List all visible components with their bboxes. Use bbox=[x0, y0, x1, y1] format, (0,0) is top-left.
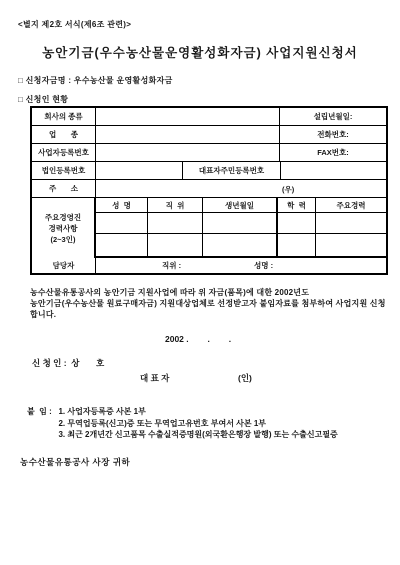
applicant-info-table: 회사의 종류 설립년월일: 업 종 전화번호: 사업자등록번호 FAX번호: 법… bbox=[30, 106, 388, 275]
ceo-resident-no-label: 대표자주민등록번호 bbox=[183, 162, 281, 179]
exec-career-header: 주요경력 bbox=[316, 198, 386, 212]
executives-data-row bbox=[96, 234, 386, 258]
executives-grid: 성 명 직 위 생년월일 학 력 주요경력 bbox=[96, 198, 386, 258]
postal-code-prefix: (우) bbox=[282, 184, 294, 195]
business-type-label: 업 종 bbox=[32, 126, 96, 143]
company-type-label: 회사의 종류 bbox=[32, 108, 96, 125]
manager-label: 담당자 bbox=[32, 258, 96, 273]
attachments-section: 붙 임 : 1. 사업자등록증 사본 1부 2. 무역업등록(신고)증 또는 무… bbox=[27, 406, 338, 441]
representative-label: 대 표 자 bbox=[140, 372, 169, 384]
manager-position-label: 직위 : bbox=[162, 260, 181, 271]
fund-name-line: □ 신청자금명 : 우수농산물 운영활성화자금 bbox=[18, 75, 173, 86]
business-reg-no-label: 사업자등록번호 bbox=[32, 144, 96, 161]
table-row: 업 종 전화번호: bbox=[32, 126, 386, 144]
exec-birthdate-header: 생년월일 bbox=[203, 198, 278, 212]
address-label: 주 소 bbox=[32, 180, 96, 197]
executives-header-row: 성 명 직 위 생년월일 학 력 주요경력 bbox=[96, 198, 386, 213]
exec-education-header: 학 력 bbox=[278, 198, 316, 212]
table-row: 회사의 종류 설립년월일: bbox=[32, 108, 386, 126]
executives-data-row bbox=[96, 213, 386, 234]
exec-name-field bbox=[96, 213, 148, 233]
statement-line-2: 농안기금(우수농산물 원료구매자금) 지원대상업체로 선정받고자 붙임자료를 첨… bbox=[30, 298, 388, 320]
business-type-field bbox=[96, 126, 280, 143]
attachment-item: 2. 무역업등록(신고)증 또는 무역업고유번호 부여서 사본 1부 bbox=[58, 418, 337, 430]
corp-reg-no-label: 법인등록번호 bbox=[32, 162, 96, 179]
founded-date-label: 설립년월일: bbox=[280, 108, 386, 125]
fax-label: FAX번호: bbox=[280, 144, 386, 161]
manager-row: 담당자 직위 : 성명 : bbox=[32, 258, 386, 273]
exec-education-field bbox=[278, 213, 316, 233]
form-reference-note: <별지 제2호 서식(제6조 관련)> bbox=[18, 19, 131, 30]
exec-name-header: 성 명 bbox=[96, 198, 148, 212]
recipient-line: 농수산물유통공사 사장 귀하 bbox=[20, 456, 130, 468]
table-row: 법인등록번호 대표자주민등록번호 bbox=[32, 162, 386, 180]
exec-position-header: 직 위 bbox=[148, 198, 203, 212]
exec-birthdate-field bbox=[203, 234, 278, 256]
business-reg-no-field bbox=[96, 144, 280, 161]
seal-mark: (인) bbox=[238, 372, 252, 384]
corp-reg-no-field bbox=[96, 162, 183, 179]
phone-label: 전화번호: bbox=[280, 126, 386, 143]
table-row: 주 소 (우) bbox=[32, 180, 386, 198]
company-type-field bbox=[96, 108, 280, 125]
manager-field: 직위 : 성명 : bbox=[96, 258, 386, 273]
attachment-item: 3. 최근 2개년간 신고품목 수출실적증명원(외국환은행장 발행) 또는 수출… bbox=[58, 429, 337, 441]
manager-name-label: 성명 : bbox=[254, 260, 273, 271]
statement-line-1: 농수산물유통공사의 농안기금 지원사업에 따라 위 자금(품목)에 대한 200… bbox=[30, 287, 388, 298]
attachments-list: 1. 사업자등록증 사본 1부 2. 무역업등록(신고)증 또는 무역업고유번호… bbox=[58, 406, 337, 441]
address-field: (우) bbox=[96, 180, 386, 197]
exec-position-field bbox=[148, 234, 203, 256]
table-row: 사업자등록번호 FAX번호: bbox=[32, 144, 386, 162]
executives-label: 주요경영진 경력사항 (2~3인) bbox=[32, 198, 96, 258]
date-line: 2002 . . . bbox=[165, 334, 231, 344]
attachment-item: 1. 사업자등록증 사본 1부 bbox=[58, 406, 337, 418]
attachments-heading: 붙 임 : bbox=[27, 406, 58, 441]
applicant-status-heading: □ 신청인 현황 bbox=[18, 94, 68, 105]
scanned-application-form: <별지 제2호 서식(제6조 관련)> 농안기금(우수농산물운영활성화자금) 사… bbox=[0, 0, 400, 565]
exec-birthdate-field bbox=[203, 213, 278, 233]
exec-career-field bbox=[316, 234, 386, 256]
applicant-name-line: 신 청 인 : 상 호 bbox=[32, 357, 104, 369]
exec-career-field bbox=[316, 213, 386, 233]
ceo-resident-no-field bbox=[281, 162, 386, 179]
executives-section: 주요경영진 경력사항 (2~3인) 성 명 직 위 생년월일 학 력 주요경력 bbox=[32, 198, 386, 258]
exec-education-field bbox=[278, 234, 316, 256]
application-statement: 농수산물유통공사의 농안기금 지원사업에 따라 위 자금(품목)에 대한 200… bbox=[30, 287, 388, 320]
exec-position-field bbox=[148, 213, 203, 233]
exec-name-field bbox=[96, 234, 148, 256]
form-title: 농안기금(우수농산물운영활성화자금) 사업지원신청서 bbox=[0, 43, 400, 61]
